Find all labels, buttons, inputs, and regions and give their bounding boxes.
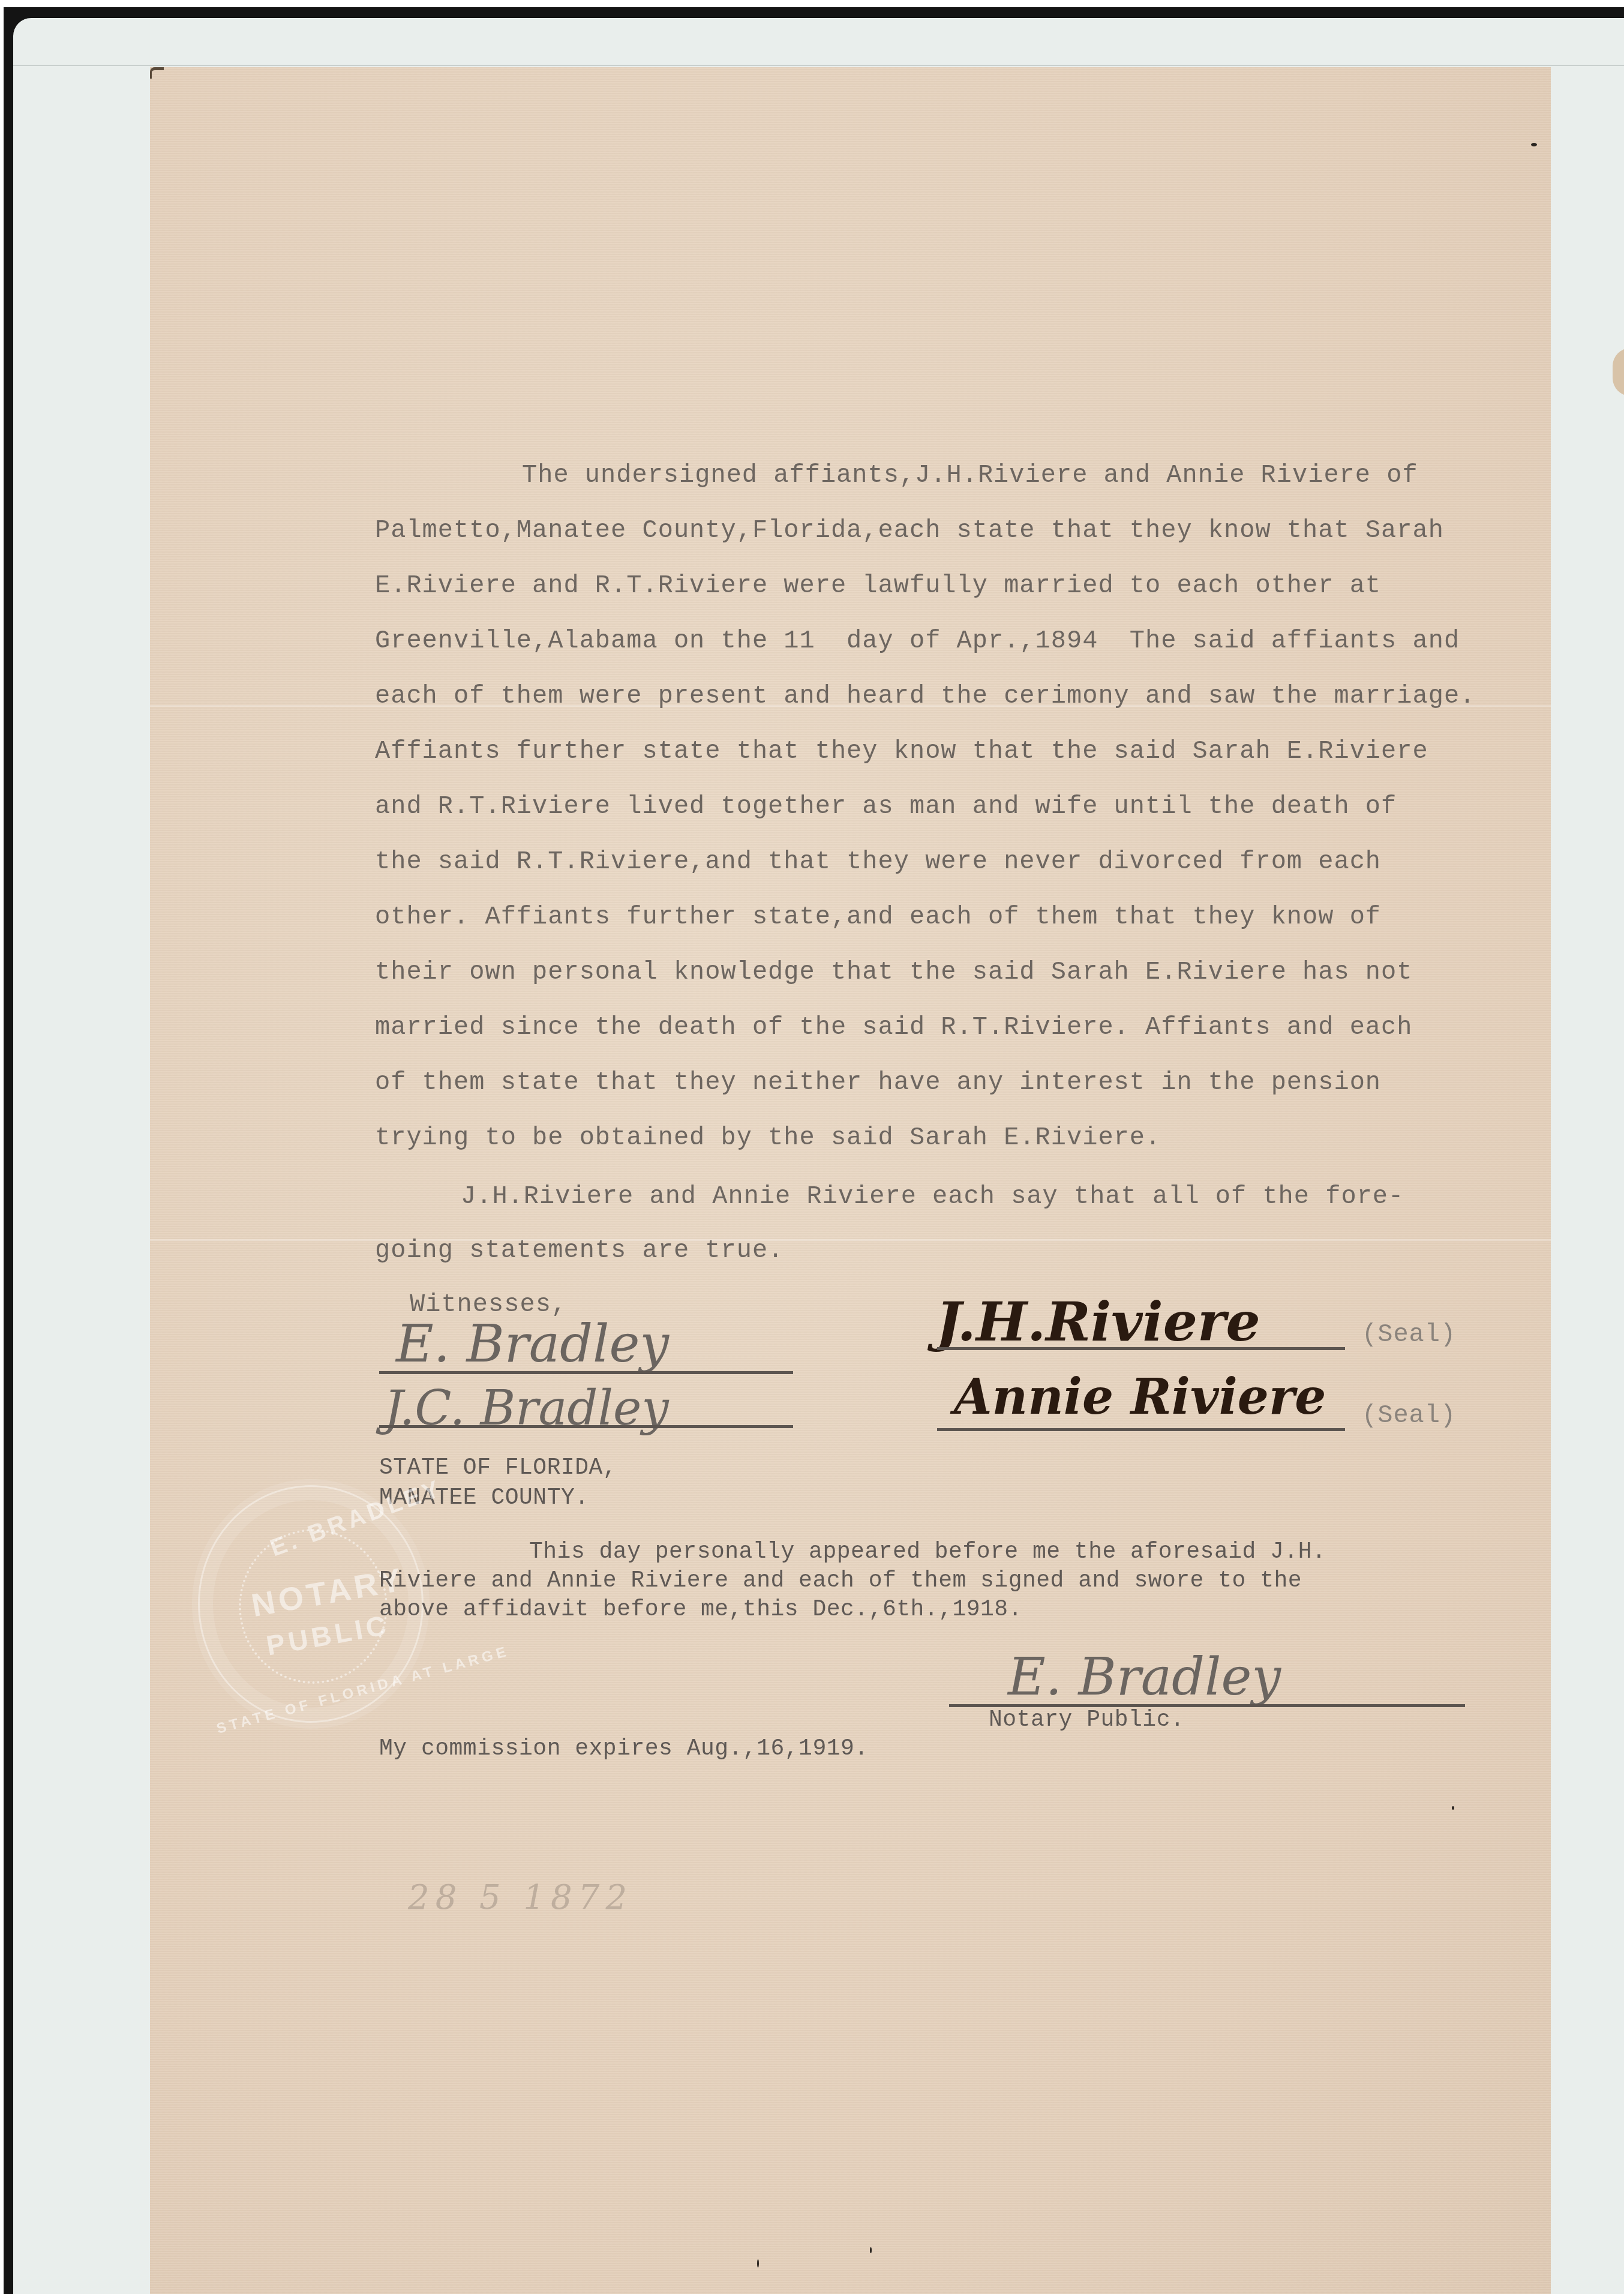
venue-state: STATE OF FLORIDA, bbox=[379, 1455, 617, 1481]
body-line: Affiants further state that they know th… bbox=[375, 737, 1428, 766]
body-line: and R.T.Riviere lived together as man an… bbox=[375, 792, 1397, 821]
signature-line bbox=[937, 1428, 1345, 1431]
body-line: their own personal knowledge that the sa… bbox=[375, 958, 1412, 986]
signature-line bbox=[379, 1371, 793, 1374]
jurat-line: above affidavit before me,this Dec.,6th.… bbox=[379, 1597, 1022, 1623]
signature-line bbox=[937, 1347, 1345, 1350]
pencil-notation: 28 5 1872 bbox=[408, 1878, 633, 1917]
body-line: each of them were present and heard the … bbox=[375, 682, 1475, 710]
scan-speck bbox=[1531, 143, 1537, 146]
witness-signature: E. Bradley bbox=[396, 1314, 669, 1374]
jurat-line: This day personally appeared before me t… bbox=[529, 1539, 1326, 1565]
scanner-edge-line bbox=[13, 65, 1624, 66]
notary-title: Notary Public. bbox=[989, 1707, 1184, 1733]
page-corner bbox=[150, 67, 164, 79]
scan-speck bbox=[1452, 1806, 1454, 1810]
jurat-line: Riviere and Annie Riviere and each of th… bbox=[379, 1568, 1302, 1594]
document-page bbox=[150, 67, 1551, 2294]
closing-line: J.H.Riviere and Annie Riviere each say t… bbox=[461, 1182, 1404, 1211]
notary-signature: E. Bradley bbox=[1008, 1647, 1281, 1707]
scan-speck bbox=[870, 2247, 872, 2253]
body-line: E.Riviere and R.T.Riviere were lawfully … bbox=[375, 571, 1381, 600]
paper-fold bbox=[150, 1239, 1551, 1241]
closing-line: going statements are true. bbox=[375, 1236, 784, 1265]
body-line: Palmetto,Manatee County,Florida,each sta… bbox=[375, 516, 1444, 545]
body-line: the said R.T.Riviere,and that they were … bbox=[375, 847, 1381, 876]
affiant-signature: J.H.Riviere bbox=[936, 1290, 1260, 1354]
body-line: married since the death of the said R.T.… bbox=[375, 1013, 1412, 1042]
signature-line bbox=[379, 1425, 793, 1428]
commission-expiry: My commission expires Aug.,16,1919. bbox=[379, 1736, 869, 1762]
seal-label: (Seal) bbox=[1362, 1401, 1456, 1430]
body-line: trying to be obtained by the said Sarah … bbox=[375, 1123, 1161, 1152]
body-line: of them state that they neither have any… bbox=[375, 1068, 1381, 1097]
body-line: Greenville,Alabama on the 11 day of Apr.… bbox=[375, 626, 1460, 655]
affiant-signature: Annie Riviere bbox=[954, 1368, 1326, 1426]
seal-label: (Seal) bbox=[1362, 1320, 1456, 1349]
body-line: The undersigned affiants,J.H.Riviere and… bbox=[522, 461, 1418, 490]
scan-speck bbox=[757, 2259, 759, 2268]
body-line: other. Affiants further state,and each o… bbox=[375, 902, 1381, 931]
